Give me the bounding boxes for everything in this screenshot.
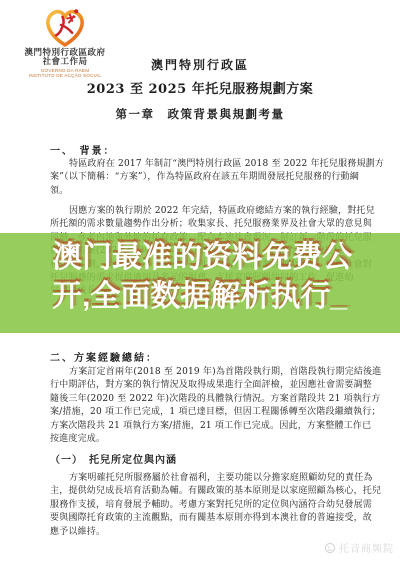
document-title: 澳門特別行政區 2023 至 2025 年托兒服務規劃方案: [0, 56, 400, 97]
watermark-logo-icon: [324, 542, 336, 554]
doc-line: 行中期評估，對方案的執行情況及取得成果進行全面評檢，並因應社會需要調整: [50, 379, 362, 392]
subsection-1-heading: （一） 托兒所定位與內涵: [50, 451, 177, 466]
doc-line: 案/措施，20 項工作已完成，1 項已達目標，但因工程關係轉至次階段繼續執行；: [50, 406, 362, 419]
doc-line: 因應方案的執行期於 2022 年完結，特區政府總結方案的執行經驗，對托兒: [50, 205, 362, 218]
title-region: 澳門特別行政區: [0, 56, 400, 73]
doc-line: 案”（以下簡稱：“方案”），作為特區政府在該五年期間發展托兒服務的行動綱: [50, 171, 362, 184]
spam-overlay-text: 澳门最准的资料免费公 开,全面数据解析执行_: [52, 238, 400, 316]
title-plan: 2023 至 2025 年托兒服務規劃方案: [0, 78, 400, 97]
spam-line-1: 澳门最准的资料免费公: [52, 238, 400, 277]
spam-line-2: 开,全面数据解析执行_: [52, 277, 400, 316]
doc-line: 領。: [50, 185, 362, 198]
section-2-heading: 二、方案經驗總結：: [50, 349, 158, 364]
section-1-heading: 一、 背景：: [50, 142, 115, 157]
watermark-text: 托音商频院: [339, 540, 394, 555]
doc-line: 隨後三年(2020 至 2022 年)次階段的具體執行情況。方案首階段共 21 …: [50, 393, 362, 406]
doc-line: 服務作支援，培育發展予輔助。考慮方案對托兒所的定位與內涵符合幼兒發展需: [50, 499, 362, 512]
doc-line: 方案明確托兒所服務屬於社會福利，主要功能以分擔家庭照顧幼兒的責任為: [50, 472, 362, 485]
heart-logo-icon: [41, 4, 89, 49]
doc-line: 按進度完成。: [50, 433, 362, 446]
paragraph-1: 特區政府在 2017 年制訂“澳門特別行政區 2018 至 2022 年托兒服務…: [50, 158, 362, 198]
doc-line: 主，提供幼兒成長培育活動為輔。有關政策的基本原則是以家庭照顧為核心，托兒: [50, 485, 362, 498]
doc-line: 方案訂定首兩年(2018 至 2019 年)為首階段執行期，首階段執行期完結後進: [50, 366, 362, 379]
doc-line: 特區政府在 2017 年制訂“澳門特別行政區 2018 至 2022 年托兒服務…: [50, 158, 362, 171]
doc-line: 所托額的需求數量趨勢作出分析；收集家長、托兒服務業界及社會大眾的意見與: [50, 218, 362, 231]
doc-line: 應予以維持。: [50, 526, 362, 539]
document-page: 澳門特別行政區政府 社會工作局 GOVERNO DA RAEM INSTITUT…: [0, 0, 400, 561]
chapter-heading: 第一章 政策背景與規劃考量: [0, 106, 400, 122]
paragraph-3: 方案訂定首兩年(2018 至 2019 年)為首階段執行期，首階段執行期完結後進…: [50, 366, 362, 446]
paragraph-4: 方案明確托兒所服務屬於社會福利，主要功能以分擔家庭照顧幼兒的責任為 主，提供幼兒…: [50, 472, 362, 539]
watermark: 托音商频院: [324, 540, 394, 555]
doc-line: 要與國際托育政策的主流觀點，而有關基本原則亦得到本澳社會的普遍接受，故: [50, 512, 362, 525]
doc-line: 方案次階段共 21 項執行方案/措施，21 項工作已完成。因此，方案整體工作已: [50, 420, 362, 433]
